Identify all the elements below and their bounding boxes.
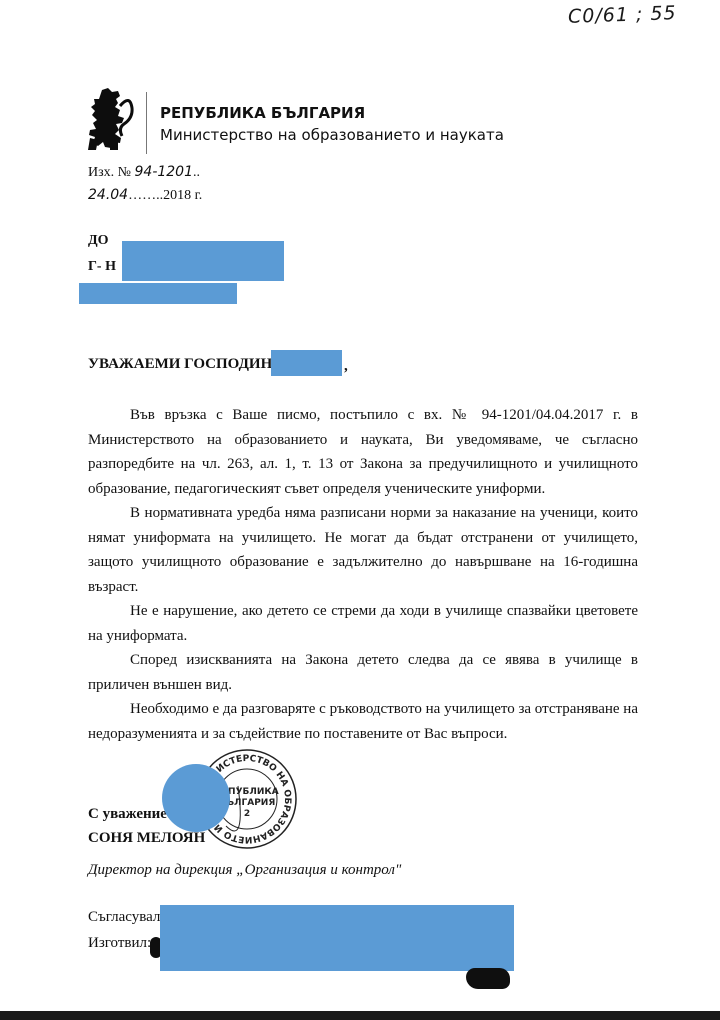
date-suffix: ……..2018 г. <box>128 188 202 203</box>
body-paragraph-5: Необходимо е да разговаряте с ръководств… <box>88 697 638 746</box>
letter-body: Във връзка с Ваше писмо, постъпило с вх.… <box>88 403 638 746</box>
outgoing-number: Изх. № 94-1201.. <box>88 164 200 181</box>
outgoing-date: 24.04……..2018 г. <box>88 187 202 204</box>
salutation: УВАЖАЕМИ ГОСПОДИН <box>88 356 272 373</box>
salutation-text: УВАЖАЕМИ ГОСПОДИН <box>88 356 272 372</box>
signature-redaction <box>162 764 230 832</box>
mr-label: Г- Н <box>88 259 116 275</box>
outgoing-suffix: .. <box>193 165 200 180</box>
svg-text:2: 2 <box>244 809 250 819</box>
body-paragraph-4: Според изискванията на Закона детето сле… <box>88 648 638 697</box>
closing: С уважение <box>88 806 167 823</box>
prepared-label: Изготвил: <box>88 935 151 952</box>
signatory-name: СОНЯ МЕЛОЯН <box>88 830 205 847</box>
salutation-name-redaction <box>271 350 342 376</box>
lion-emblem-icon <box>80 86 138 154</box>
body-paragraph-2: В нормативната уредба няма разписани нор… <box>88 501 638 599</box>
scan-bottom-edge <box>0 1011 720 1020</box>
republic-title: РЕПУБЛИКА БЪЛГАРИЯ <box>160 104 365 122</box>
letterhead-divider <box>146 92 147 154</box>
outgoing-label: Изх. № <box>88 165 131 180</box>
recipient-name-redaction <box>122 241 284 281</box>
ministry-name: Министерство на образованието и науката <box>160 126 504 144</box>
body-paragraph-1: Във връзка с Ваше писмо, постъпило с вх.… <box>88 403 638 501</box>
body-paragraph-3: Не е нарушение, ако детето се стреми да … <box>88 599 638 648</box>
footer-names-redaction <box>160 905 514 971</box>
footer-redaction-mark <box>466 968 510 989</box>
outgoing-number-handwritten: 94-1201 <box>135 164 194 180</box>
date-handwritten: 24.04 <box>88 187 128 203</box>
salutation-comma: , <box>344 358 348 375</box>
to-label: ДО <box>88 233 109 249</box>
agreed-label: Съгласувал: <box>88 909 165 926</box>
handwritten-archive-note: С0/61 ; 55 <box>568 2 677 28</box>
recipient-address-redaction <box>79 283 237 304</box>
signatory-title: Директор на дирекция „Организация и конт… <box>88 862 401 879</box>
